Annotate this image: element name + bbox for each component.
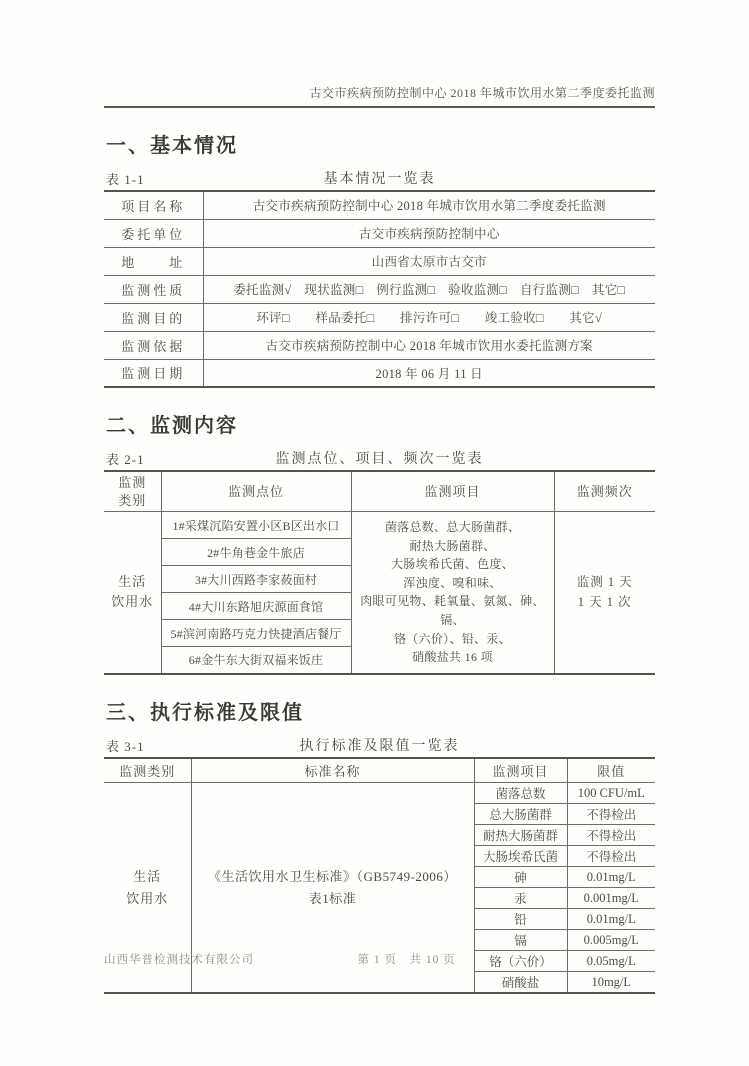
- column-header-category: 监测类别: [104, 758, 191, 783]
- limit-item: 总大肠菌群: [474, 804, 567, 825]
- monitoring-point: 1#采煤沉陷安置小区B区出水口: [161, 512, 351, 539]
- limit-item: 耐热大肠菌群: [474, 825, 567, 846]
- limit-value: 0.01mg/L: [567, 867, 655, 888]
- limit-value: 0.001mg/L: [567, 888, 655, 909]
- monitoring-point: 4#大川东路旭庆源面食馆: [161, 593, 351, 620]
- limit-value: 不得检出: [567, 825, 655, 846]
- section-3-heading: 三、执行标准及限值: [106, 696, 655, 725]
- monitoring-content-table: 监测 类别 监测点位 监测项目 监测频次 生活 饮用水 1#采煤沉陷安置小区B区…: [104, 470, 655, 675]
- table-2-caption: 表 2-1 监测点位、项目、频次一览表: [104, 450, 655, 470]
- limit-value: 不得检出: [567, 804, 655, 825]
- column-header-item: 监测项目: [351, 471, 554, 512]
- section-1-heading: 一、基本情况: [106, 129, 655, 158]
- monitoring-point: 3#大川西路李家莜面村: [161, 566, 351, 593]
- table-row: 项目名称 古交市疾病预防控制中心 2018 年城市饮用水第二季度委托监测: [104, 191, 655, 219]
- basic-info-table: 项目名称 古交市疾病预防控制中心 2018 年城市饮用水第二季度委托监测 委托单…: [104, 190, 655, 388]
- limit-item: 硝酸盐: [474, 972, 567, 994]
- limit-item: 铬（六价）: [474, 951, 567, 972]
- column-header-item: 监测项目: [474, 758, 567, 783]
- row-label: 监测目的: [104, 303, 203, 331]
- limit-item: 镉: [474, 930, 567, 951]
- row-label: 监测日期: [104, 359, 203, 387]
- table-row: 监测性质 委托监测√ 现状监测□ 例行监测□ 验收监测□ 自行监测□ 其它□: [104, 275, 655, 303]
- row-label: 委托单位: [104, 219, 203, 247]
- table-row: 委托单位 古交市疾病预防控制中心: [104, 219, 655, 247]
- table-3-caption: 表 3-1 执行标准及限值一览表: [104, 737, 655, 757]
- monitoring-items-cell: 菌落总数、总大肠菌群、 耐热大肠菌群、 大肠埃希氏菌、色度、 浑浊度、嗅和味、 …: [351, 512, 554, 674]
- limit-item: 铅: [474, 909, 567, 930]
- document-content: 古交市疾病预防控制中心 2018 年城市饮用水第二季度委托监测 一、基本情况 表…: [104, 0, 655, 994]
- monitoring-point: 6#金牛东大街双福来饭庄: [161, 647, 351, 674]
- row-value: 环评□ 样品委托□ 排污许可□ 竣工验收□ 其它√: [203, 303, 655, 331]
- section-2-heading: 二、监测内容: [106, 409, 655, 438]
- limit-value: 0.05mg/L: [567, 951, 655, 972]
- monitoring-point: 5#滨河南路巧克力快捷酒店餐厅: [161, 620, 351, 647]
- footer-page-number: 第 1 页 共 10 页: [357, 951, 455, 967]
- row-value: 古交市疾病预防控制中心 2018 年城市饮用水第二季度委托监测: [203, 191, 655, 219]
- row-label: 监测性质: [104, 275, 203, 303]
- table-row: 监测日期 2018 年 06 月 11 日: [104, 359, 655, 387]
- table-3-title: 执行标准及限值一览表: [104, 735, 655, 755]
- table-header-row: 监测类别 标准名称 监测项目 限值: [104, 758, 655, 783]
- column-header-frequency: 监测频次: [554, 471, 655, 512]
- document-page: 古交市疾病预防控制中心 2018 年城市饮用水第二季度委托监测 一、基本情况 表…: [0, 0, 749, 1066]
- table-row: 生活 饮用水 《生活饮用水卫生标准》（GB5749-2006） 表1标准 菌落总…: [104, 783, 655, 804]
- limit-value: 不得检出: [567, 846, 655, 867]
- table-1-caption: 表 1-1 基本情况一览表: [104, 170, 655, 190]
- column-header-category: 监测 类别: [104, 471, 161, 512]
- row-value: 古交市疾病预防控制中心 2018 年城市饮用水委托监测方案: [203, 331, 655, 359]
- doc-header-title: 古交市疾病预防控制中心 2018 年城市饮用水第二季度委托监测: [309, 86, 655, 100]
- limit-item: 砷: [474, 867, 567, 888]
- table-row: 监测目的 环评□ 样品委托□ 排污许可□ 竣工验收□ 其它√: [104, 303, 655, 331]
- row-value: 委托监测√ 现状监测□ 例行监测□ 验收监测□ 自行监测□ 其它□: [203, 275, 655, 303]
- limit-item: 大肠埃希氏菌: [474, 846, 567, 867]
- table-1-title: 基本情况一览表: [104, 168, 655, 188]
- limit-value: 100 CFU/mL: [567, 783, 655, 804]
- row-value: 古交市疾病预防控制中心: [203, 219, 655, 247]
- limit-value: 0.01mg/L: [567, 909, 655, 930]
- row-value: 2018 年 06 月 11 日: [203, 359, 655, 387]
- column-header-standard: 标准名称: [191, 758, 474, 783]
- table-2-title: 监测点位、项目、频次一览表: [104, 448, 655, 468]
- footer-company-name: 山西华普检测技术有限公司: [104, 951, 254, 967]
- limit-item: 汞: [474, 888, 567, 909]
- row-label: 地 址: [104, 247, 203, 275]
- limit-value: 10mg/L: [567, 972, 655, 994]
- doc-header: 古交市疾病预防控制中心 2018 年城市饮用水第二季度委托监测: [104, 84, 655, 108]
- row-label: 监测依据: [104, 331, 203, 359]
- limit-item: 菌落总数: [474, 783, 567, 804]
- table-row: 监测依据 古交市疾病预防控制中心 2018 年城市饮用水委托监测方案: [104, 331, 655, 359]
- monitoring-frequency-cell: 监测 1 天 1 天 1 次: [554, 512, 655, 674]
- limit-value: 0.005mg/L: [567, 930, 655, 951]
- monitoring-point: 2#牛角巷金牛旅店: [161, 539, 351, 566]
- category-cell: 生活 饮用水: [104, 512, 161, 674]
- row-value: 山西省太原市古交市: [203, 247, 655, 275]
- row-label: 项目名称: [104, 191, 203, 219]
- table-row: 生活 饮用水 1#采煤沉陷安置小区B区出水口 菌落总数、总大肠菌群、 耐热大肠菌…: [104, 512, 655, 539]
- column-header-limit: 限值: [567, 758, 655, 783]
- table-row: 地 址 山西省太原市古交市: [104, 247, 655, 275]
- table-header-row: 监测 类别 监测点位 监测项目 监测频次: [104, 471, 655, 512]
- column-header-point: 监测点位: [161, 471, 351, 512]
